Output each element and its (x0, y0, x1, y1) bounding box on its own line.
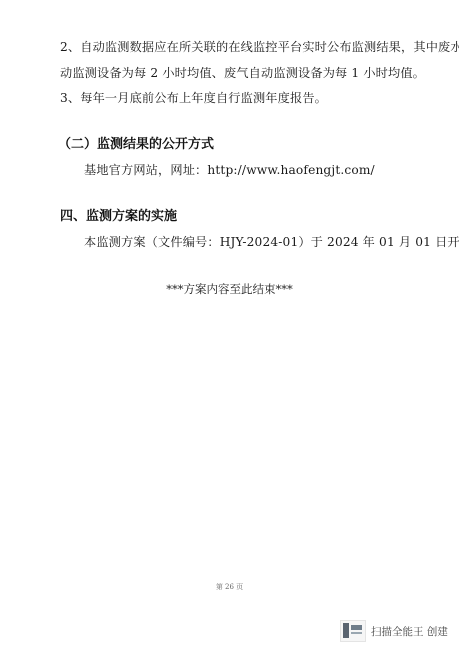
disclosure-website-text: 基地官方网站，网址：http://www.haofengjt.com/ (84, 163, 375, 177)
document-page: 2、自动监测数据应在所关联的在线监控平台实时公布监测结果，其中废水自 动监测设备… (0, 0, 459, 650)
scanner-watermark: 扫描全能王 创建 (340, 620, 448, 642)
list-item-3: 3、每年一月底前公布上年度自行监测年度报告。 (60, 91, 327, 105)
camscanner-logo-icon (340, 620, 366, 642)
implementation-text: 本监测方案（文件编号：HJY-2024-01）于 2024 年 01 月 01 … (84, 235, 459, 249)
section-heading-implementation: 四、监测方案的实施 (60, 209, 177, 224)
list-item-2-line-1: 2、自动监测数据应在所关联的在线监控平台实时公布监测结果，其中废水自 (60, 40, 459, 54)
watermark-text: 扫描全能王 创建 (371, 624, 448, 639)
list-item-2-line-2: 动监测设备为每 2 小时均值、废气自动监测设备为每 1 小时均值。 (60, 66, 425, 80)
page-number: 第 26 页 (0, 583, 459, 592)
end-of-plan-mark: ***方案内容至此结束*** (0, 283, 459, 296)
section-heading-disclosure-method: （二）监测结果的公开方式 (58, 137, 214, 152)
